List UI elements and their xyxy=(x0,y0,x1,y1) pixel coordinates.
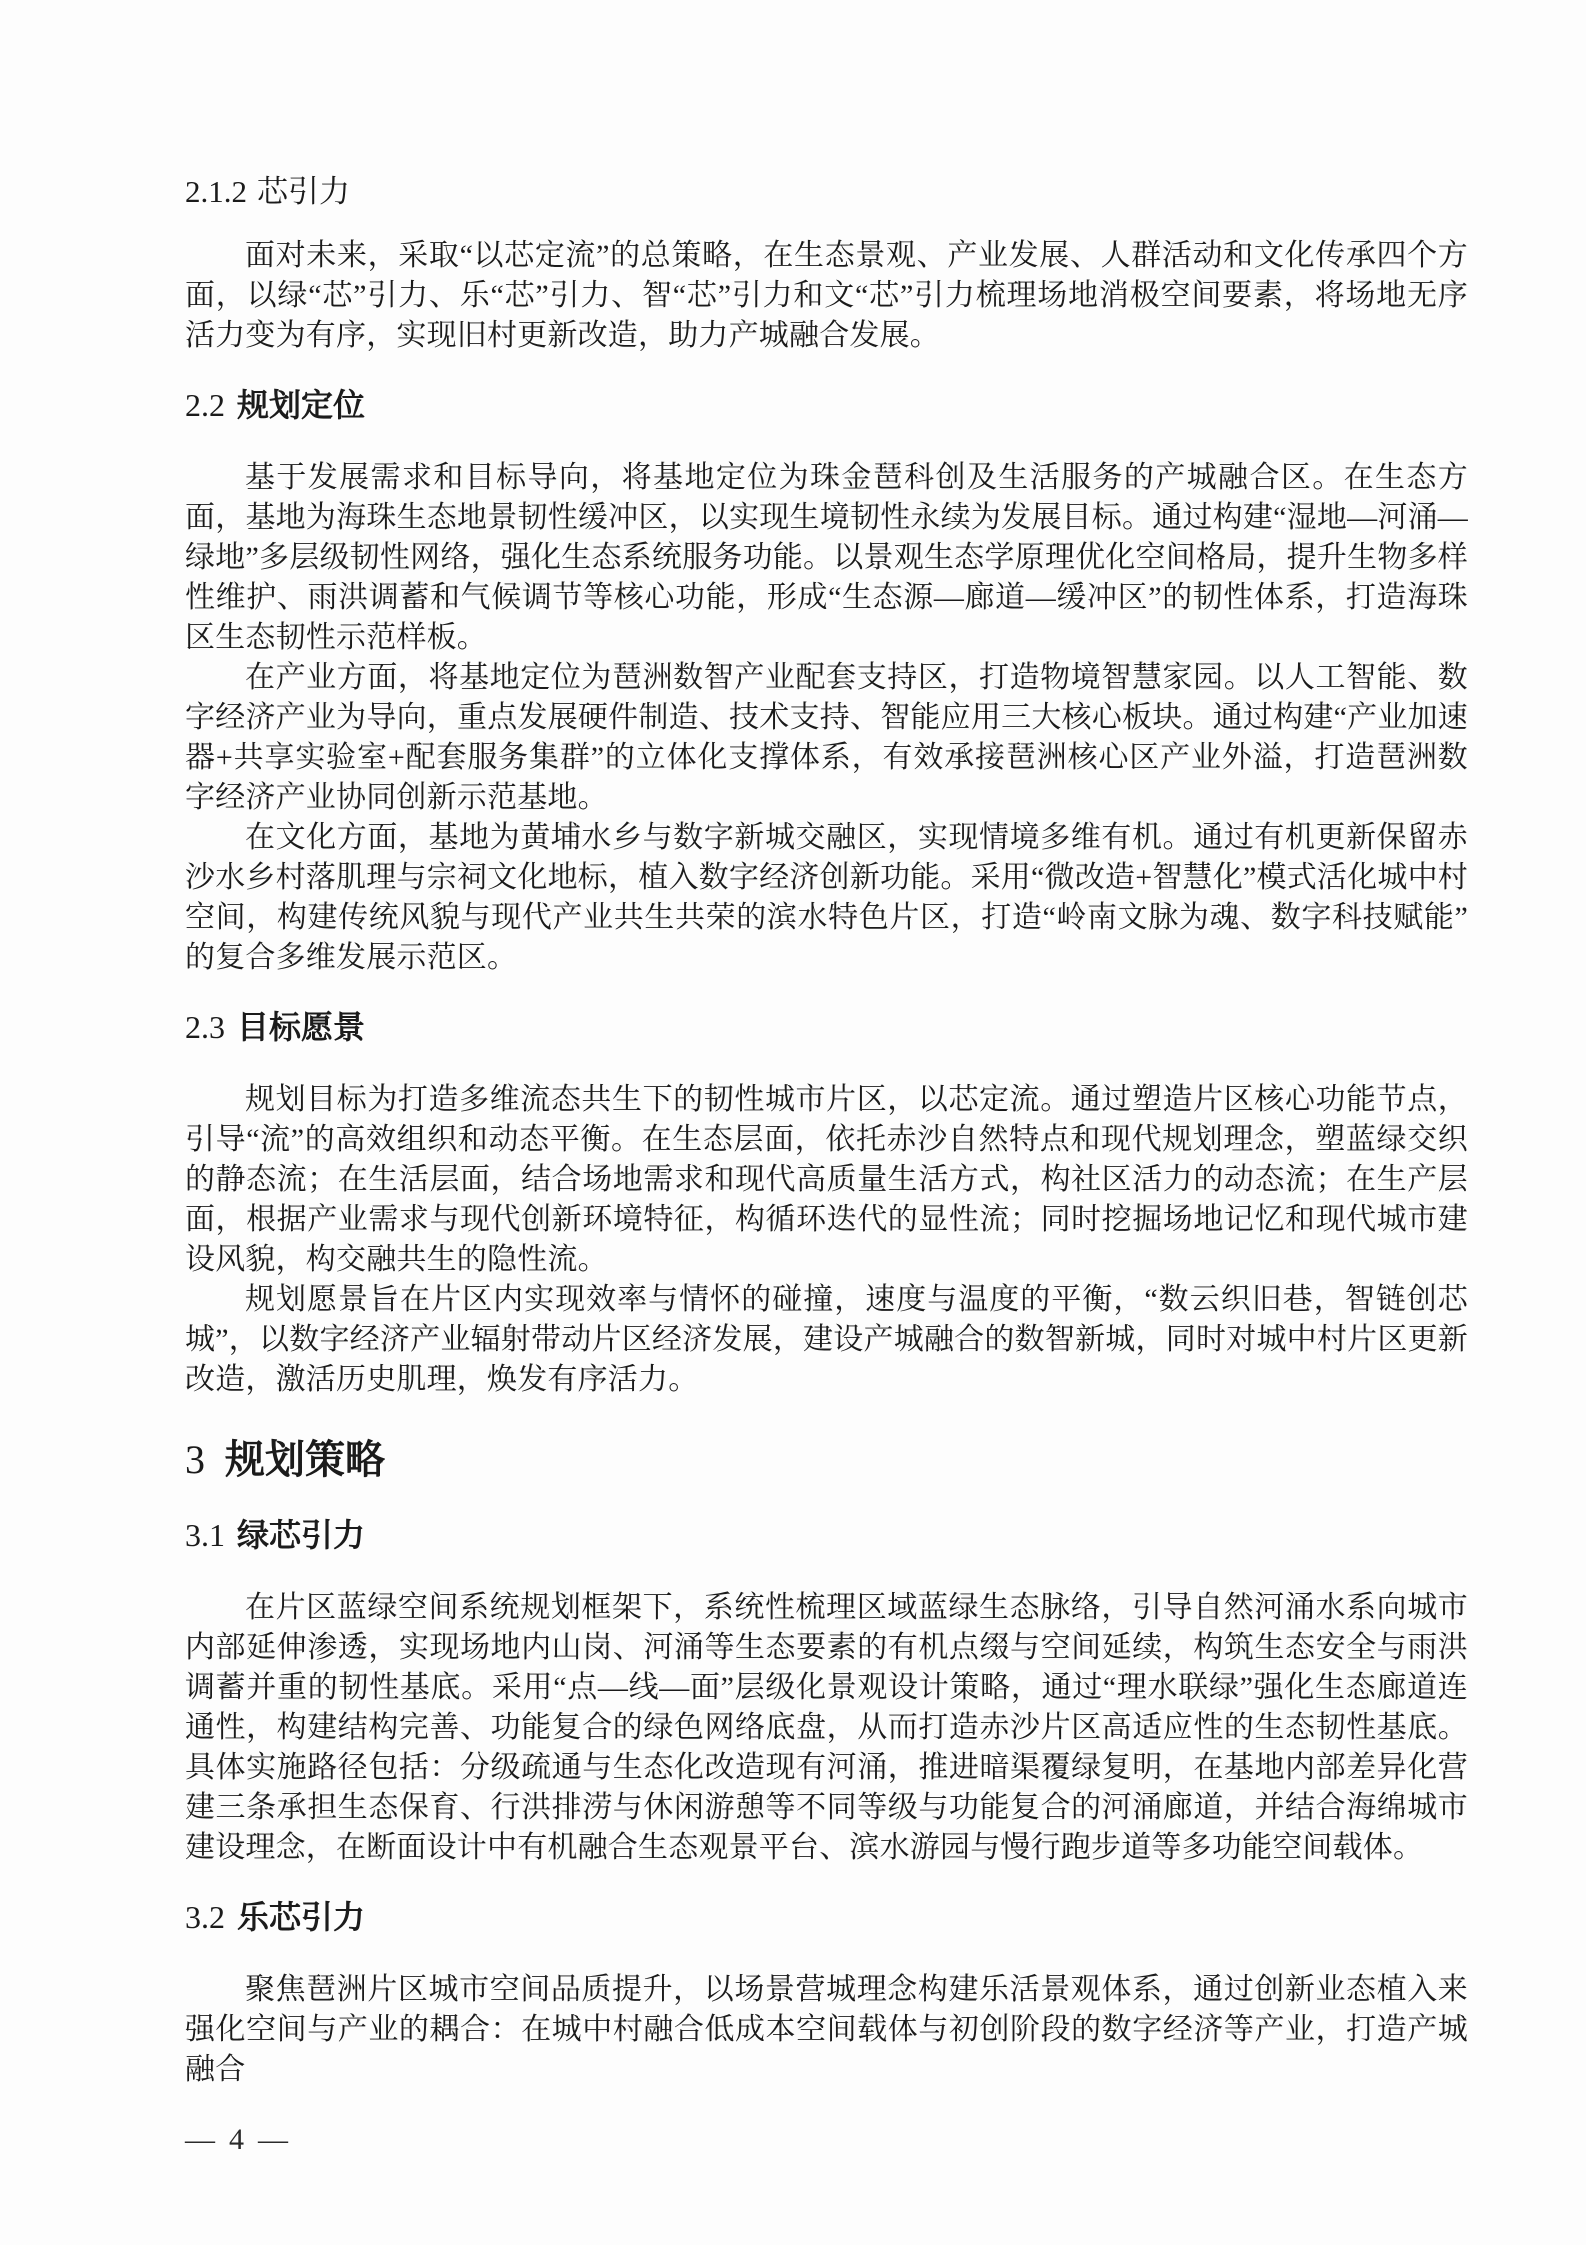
section-heading-2-3: 2.3目标愿景 xyxy=(185,1006,1468,1048)
section-heading-3-1: 3.1绿芯引力 xyxy=(185,1514,1468,1556)
heading-title: 规划定位 xyxy=(237,387,365,423)
body-paragraph: 规划目标为打造多维流态共生下的韧性城市片区，以芯定流。通过塑造片区核心功能节点，… xyxy=(185,1080,1468,1280)
body-paragraph: 在文化方面，基地为黄埔水乡与数字新城交融区，实现情境多维有机。通过有机更新保留赤… xyxy=(185,818,1468,978)
body-paragraph: 在产业方面，将基地定位为琶洲数智产业配套支持区，打造物境智慧家园。以人工智能、数… xyxy=(185,658,1468,818)
heading-number: 2.3 xyxy=(185,1009,225,1045)
footer-dash-left: — xyxy=(185,2122,215,2158)
heading-title: 目标愿景 xyxy=(237,1009,365,1045)
heading-number: 3.1 xyxy=(185,1517,225,1553)
heading-number: 2.2 xyxy=(185,387,225,423)
body-paragraph: 在片区蓝绿空间系统规划框架下，系统性梳理区域蓝绿生态脉络，引导自然河涌水系向城市… xyxy=(185,1588,1468,1868)
document-page: 2.1.2芯引力 面对未来，采取“以芯定流”的总策略，在生态景观、产业发展、人群… xyxy=(0,0,1586,2245)
body-paragraph: 规划愿景旨在片区内实现效率与情怀的碰撞，速度与温度的平衡，“数云织旧巷，智链创芯… xyxy=(185,1280,1468,1400)
subsection-heading-2-1-2: 2.1.2芯引力 xyxy=(185,172,1468,212)
page-number: 4 xyxy=(229,2122,244,2158)
heading-title: 绿芯引力 xyxy=(237,1517,365,1553)
section-heading-3-2: 3.2乐芯引力 xyxy=(185,1896,1468,1938)
heading-number: 3.2 xyxy=(185,1899,225,1935)
footer-dash-right: — xyxy=(258,2122,288,2158)
body-paragraph: 面对未来，采取“以芯定流”的总策略，在生态景观、产业发展、人群活动和文化传承四个… xyxy=(185,236,1468,356)
page-footer: — 4 — xyxy=(185,2122,288,2158)
body-paragraph: 聚焦琶洲片区城市空间品质提升，以场景营城理念构建乐活景观体系，通过创新业态植入来… xyxy=(185,1970,1468,2090)
heading-title: 规划策略 xyxy=(225,1438,385,1482)
body-paragraph: 基于发展需求和目标导向，将基地定位为珠金琶科创及生活服务的产城融合区。在生态方面… xyxy=(185,458,1468,658)
section-heading-2-2: 2.2规划定位 xyxy=(185,384,1468,426)
heading-title: 芯引力 xyxy=(257,174,350,209)
heading-number: 3 xyxy=(185,1437,205,1482)
chapter-heading-3: 3规划策略 xyxy=(185,1434,1468,1486)
heading-number: 2.1.2 xyxy=(185,174,247,209)
heading-title: 乐芯引力 xyxy=(237,1899,365,1935)
